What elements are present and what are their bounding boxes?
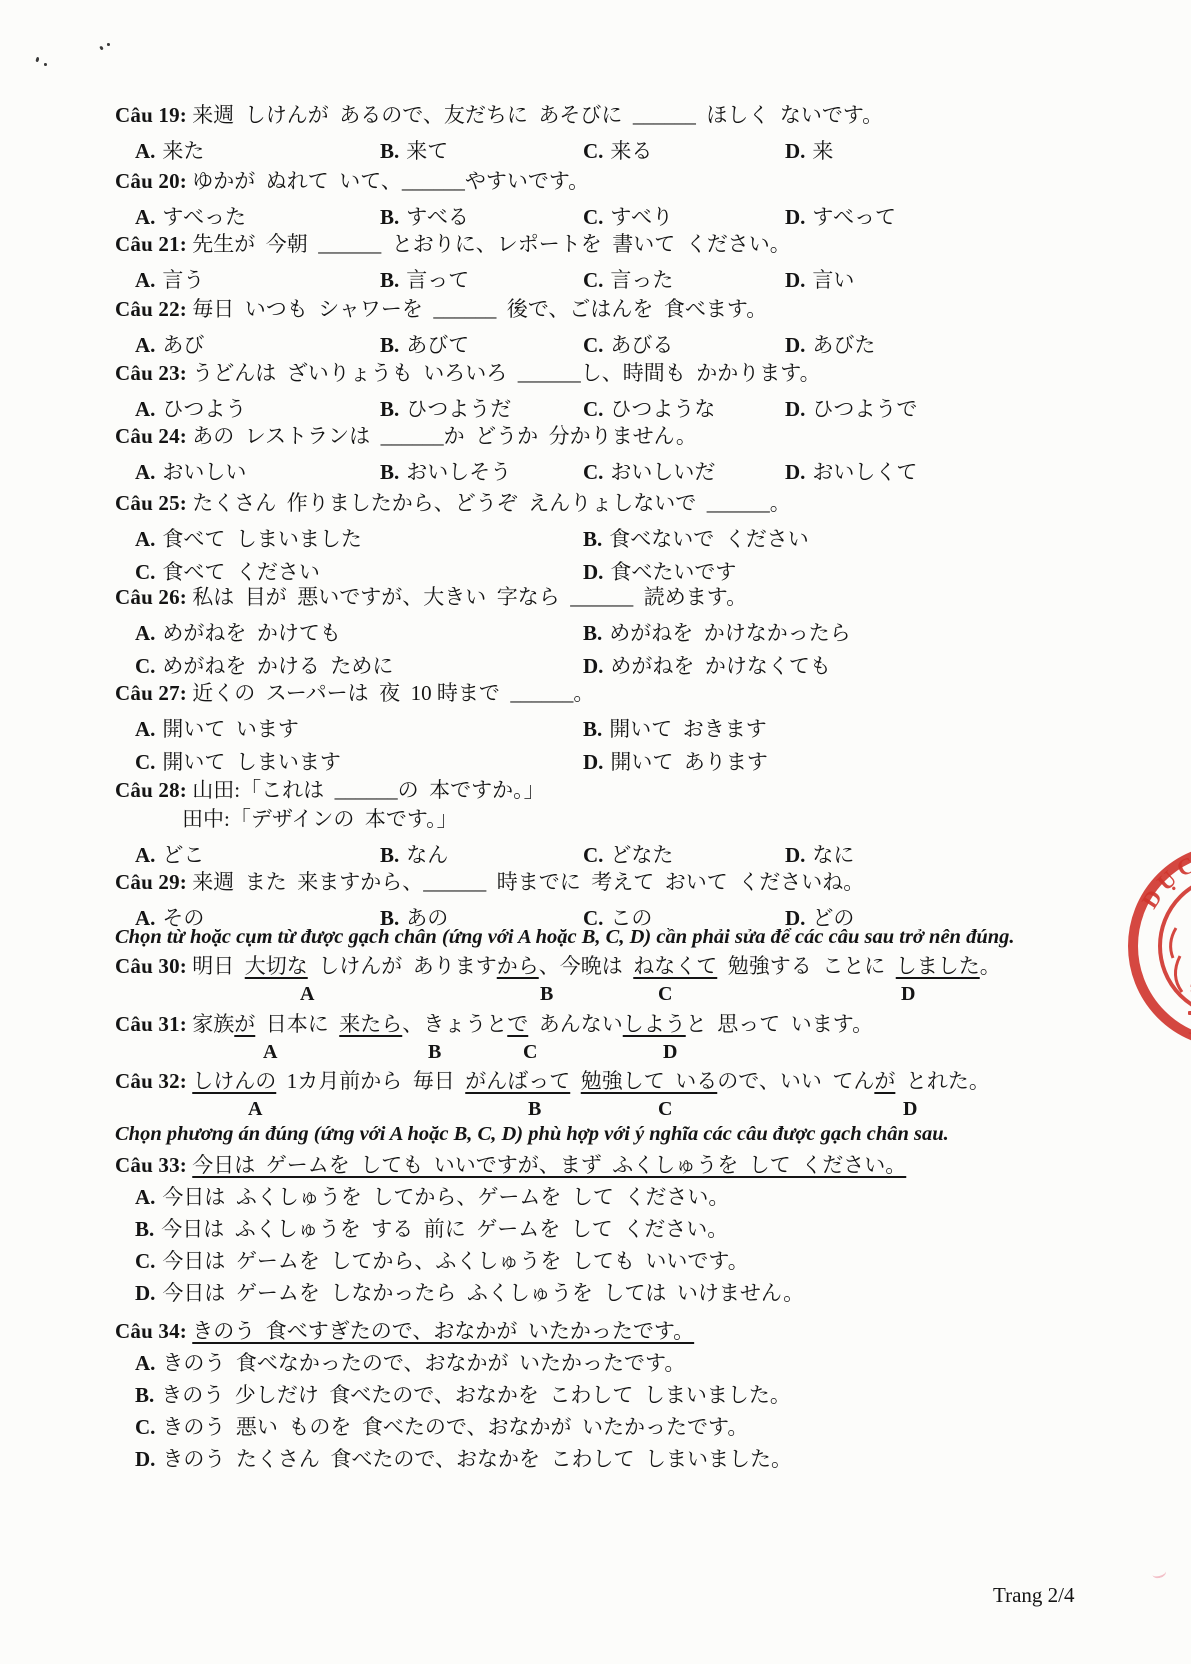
option-d: D.なに	[785, 839, 854, 869]
option-key: D.	[785, 397, 805, 421]
letter-b: B	[528, 1098, 541, 1121]
options-row: A.どこ B.なん C.どなた D.なに	[115, 834, 1115, 867]
option-text: すべり	[610, 205, 673, 229]
option-text: 食べないで ください	[609, 527, 809, 551]
option-a: A.来た	[135, 135, 204, 165]
question-number: Câu 27:	[115, 681, 187, 705]
question-stem: Câu 26: 私は 目が 悪いですが、大きい 字なら ______ 読めます。	[115, 582, 1115, 612]
option-text: きのう 少しだけ 食べたので、おなかを こわして しまいました。	[161, 1383, 791, 1407]
options-row: A.食べて しまいました B.食べないで ください	[115, 518, 1115, 551]
option-b: B.今日は ふくしゅうを する 前に ゲームを して ください。	[115, 1213, 1115, 1245]
option-key: A.	[135, 333, 155, 357]
letter-d: D	[903, 1098, 917, 1121]
option-c: C.ひつような	[583, 393, 715, 423]
option-text: なに	[812, 843, 854, 867]
option-c: C.開いて しまいます	[135, 746, 341, 776]
question-30: Câu 30: 明日 大切な しけんが ありますから、今晩は ねなくて 勉強する…	[115, 952, 1115, 1008]
option-text: あびた	[812, 333, 875, 357]
question-stem: Câu 30: 明日 大切な しけんが ありますから、今晩は ねなくて 勉強する…	[115, 952, 1115, 981]
question-32: Câu 32: しけんの 1カ月前から 毎日 がんばって 勉強して いるので、い…	[115, 1067, 1115, 1123]
option-key: D.	[785, 460, 805, 484]
option-text: 開いて あります	[610, 750, 768, 774]
stem-text: ゆかが ぬれて いて、______やすいです。	[187, 169, 589, 193]
option-key: D.	[785, 139, 805, 163]
option-b: B.来て	[380, 135, 448, 165]
option-key: D.	[135, 1281, 155, 1305]
question-stem: Câu 21: 先生が 今朝 ______ とおりに、レポートを 書いて くださ…	[115, 229, 1115, 259]
letter-a: A	[263, 1041, 277, 1064]
question-number: Câu 30:	[115, 954, 187, 978]
option-key: B.	[380, 397, 399, 421]
option-b: B.あびて	[380, 329, 469, 359]
option-a: A.今日は ふくしゅうを してから、ゲームを して ください。	[115, 1181, 1115, 1213]
option-key: B.	[583, 621, 602, 645]
option-text: 今日は ゲームを しなかったら ふくしゅうを しては いけません。	[162, 1281, 804, 1305]
option-key: B.	[135, 1383, 154, 1407]
option-d: D.今日は ゲームを しなかったら ふくしゅうを しては いけません。	[115, 1277, 1115, 1309]
option-text: きのう 悪い ものを 食べたので、おなかが いたかったです。	[162, 1415, 748, 1439]
question-25: Câu 25: たくさん 作りましたから、どうぞ えんりょしないで ______…	[115, 488, 1115, 584]
option-key: B.	[380, 268, 399, 292]
option-text: ひつような	[610, 397, 715, 421]
option-text: おいしくて	[812, 460, 917, 484]
option-key: C.	[135, 560, 155, 584]
page-footer: Trang 2/4	[993, 1583, 1075, 1608]
option-key: B.	[380, 843, 399, 867]
options-row: A.すべった B.すべる C.すべり D.すべって	[115, 196, 1115, 229]
question-stem: Câu 25: たくさん 作りましたから、どうぞ えんりょしないで ______…	[115, 488, 1115, 518]
option-a: A.言う	[135, 264, 204, 294]
option-key: B.	[380, 139, 399, 163]
stem-text: しけんの 1カ月前から 毎日 がんばって 勉強して いるので、いい てんが とれ…	[187, 1069, 990, 1093]
question-21: Câu 21: 先生が 今朝 ______ とおりに、レポートを 書いて くださ…	[115, 229, 1115, 292]
stem-text: 来週 しけんが あるので、友だちに あそびに ______ ほしく ないです。	[187, 103, 883, 127]
scan-artifact	[1151, 1566, 1167, 1579]
option-key: B.	[583, 717, 602, 741]
option-key: C.	[135, 1415, 155, 1439]
option-key: A.	[135, 139, 155, 163]
option-text: あびる	[610, 333, 673, 357]
option-text: なん	[406, 843, 448, 867]
instruction-choose-meaning: Chọn phương án đúng (ứng với A hoặc B, C…	[115, 1121, 1115, 1147]
official-stamp: DỤC	[1080, 836, 1191, 1066]
option-c: C.めがねを かける ために	[135, 650, 393, 680]
letter-c: C	[658, 1098, 672, 1121]
question-number: Câu 26:	[115, 585, 187, 609]
stem-text: たくさん 作りましたから、どうぞ えんりょしないで ______。	[187, 491, 791, 515]
option-key: A.	[135, 268, 155, 292]
question-34: Câu 34: きのう 食べすぎたので、おなかが いたかったです。 A.きのう …	[115, 1316, 1115, 1475]
option-a: A.ひつよう	[135, 393, 246, 423]
letter-a: A	[248, 1098, 262, 1121]
option-text: ひつよう	[162, 397, 246, 421]
stem-text: うどんは ざいりょうも いろいろ ______し、時間も かかります。	[187, 361, 821, 385]
option-a: A.どこ	[135, 839, 204, 869]
question-number: Câu 31:	[115, 1012, 187, 1036]
options-row: A.おいしい B.おいしそう C.おいしいだ D.おいしくて	[115, 451, 1115, 484]
option-b: B.なん	[380, 839, 448, 869]
question-stem: Câu 23: うどんは ざいりょうも いろいろ ______し、時間も かかり…	[115, 358, 1115, 388]
option-text: めがねを かけても	[162, 621, 341, 645]
question-20: Câu 20: ゆかが ぬれて いて、______やすいです。 A.すべった B…	[115, 166, 1115, 229]
stem-text: 家族が 日本に 来たら、きょうとで あんないしようと 思って います。	[187, 1012, 873, 1036]
option-key: A.	[135, 621, 155, 645]
option-text: あびて	[406, 333, 469, 357]
option-key: C.	[583, 139, 603, 163]
option-key: D.	[785, 843, 805, 867]
question-stem: Câu 29: 来週 また 来ますから、______ 時までに 考えて おいて …	[115, 867, 1115, 897]
option-text: あび	[162, 333, 204, 357]
question-stem: Câu 34: きのう 食べすぎたので、おなかが いたかったです。	[115, 1316, 1115, 1347]
options-row: A.来た B.来て C.来る D.来	[115, 130, 1115, 163]
option-key: B.	[380, 460, 399, 484]
option-text: 言って	[406, 268, 469, 292]
option-text: きのう 食べなかったので、おなかが いたかったです。	[162, 1351, 685, 1375]
option-text: 開いて しまいます	[162, 750, 341, 774]
letter-d: D	[901, 983, 915, 1006]
option-b: B.めがねを かけなかったら	[583, 617, 851, 647]
option-text: おいしい	[162, 460, 246, 484]
option-key: B.	[380, 333, 399, 357]
stamp-arc-text: DỤC	[1137, 850, 1191, 913]
option-d: D.きのう たくさん 食べたので、おなかを こわして しまいました。	[115, 1443, 1115, 1475]
option-c: C.おいしいだ	[583, 456, 715, 486]
option-text: 開いて います	[162, 717, 299, 741]
option-key: A.	[135, 205, 155, 229]
option-d: D.開いて あります	[583, 746, 768, 776]
option-text: 食べて ください	[162, 560, 320, 584]
option-key: A.	[135, 843, 155, 867]
option-key: A.	[135, 1185, 155, 1209]
option-d: D.言い	[785, 264, 854, 294]
question-stem: Câu 27: 近くの スーパーは 夜 10 時まで ______。	[115, 678, 1115, 708]
option-b: B.おいしそう	[380, 456, 511, 486]
option-text: 来	[812, 139, 833, 163]
ink-speck	[99, 46, 103, 51]
question-stem: Câu 20: ゆかが ぬれて いて、______やすいです。	[115, 166, 1115, 196]
options-row: A.ひつよう B.ひつようだ C.ひつような D.ひつようで	[115, 388, 1115, 421]
letter-c: C	[658, 983, 672, 1006]
option-text: すべる	[406, 205, 469, 229]
option-a: A.おいしい	[135, 456, 246, 486]
option-text: 食べたいです	[610, 560, 736, 584]
stem-text: 山田:「これは ______の 本ですか。」	[187, 778, 545, 802]
option-text: ひつようだ	[406, 397, 511, 421]
question-stem: Câu 24: あの レストランは ______か どうか 分かりません。	[115, 421, 1115, 451]
option-text: 来た	[162, 139, 204, 163]
question-number: Câu 20:	[115, 169, 187, 193]
option-key: D.	[135, 1447, 155, 1471]
option-text: どこ	[162, 843, 204, 867]
option-key: C.	[583, 843, 603, 867]
question-number: Câu 33:	[115, 1153, 187, 1177]
option-key: A.	[135, 527, 155, 551]
option-c: C.どなた	[583, 839, 673, 869]
option-key: D.	[583, 750, 603, 774]
option-a: A.開いて います	[135, 713, 299, 743]
option-key: C.	[583, 205, 603, 229]
letter-d: D	[663, 1041, 677, 1064]
question-23: Câu 23: うどんは ざいりょうも いろいろ ______し、時間も かかり…	[115, 358, 1115, 421]
option-key: D.	[785, 268, 805, 292]
question-stem: Câu 28: 山田:「これは ______の 本ですか。」	[115, 776, 1115, 805]
question-33: Câu 33: 今日は ゲームを しても いいですが、まず ふくしゅうを して …	[115, 1150, 1115, 1309]
question-24: Câu 24: あの レストランは ______か どうか 分かりません。 A.…	[115, 421, 1115, 484]
question-number: Câu 25:	[115, 491, 187, 515]
option-b: B.きのう 少しだけ 食べたので、おなかを こわして しまいました。	[115, 1379, 1115, 1411]
ink-speck	[44, 63, 47, 66]
option-key: B.	[583, 527, 602, 551]
option-text: ひつようで	[812, 397, 917, 421]
stem-text: 田中:「デザインの 本です。」	[182, 807, 458, 831]
option-c: C.来る	[583, 135, 652, 165]
option-text: 今日は ふくしゅうを する 前に ゲームを して ください。	[161, 1217, 728, 1241]
stem-text: 明日 大切な しけんが ありますから、今晩は ねなくて 勉強する ことに しまし…	[187, 954, 1001, 978]
option-key: C.	[583, 333, 603, 357]
question-stem: Câu 32: しけんの 1カ月前から 毎日 がんばって 勉強して いるので、い…	[115, 1067, 1115, 1096]
question-26: Câu 26: 私は 目が 悪いですが、大きい 字なら ______ 読めます。…	[115, 582, 1115, 678]
option-text: おいしいだ	[610, 460, 715, 484]
instruction-fix-underlined: Chọn từ hoặc cụm từ được gạch chân (ứng …	[115, 924, 1115, 950]
question-number: Câu 24:	[115, 424, 187, 448]
stem-text: 今日は ゲームを しても いいですが、まず ふくしゅうを して ください。	[187, 1153, 906, 1177]
option-key: D.	[785, 333, 805, 357]
question-number: Câu 22:	[115, 297, 187, 321]
question-number: Câu 28:	[115, 778, 187, 802]
option-key: D.	[583, 654, 603, 678]
options-row: A.めがねを かけても B.めがねを かけなかったら	[115, 612, 1115, 645]
option-key: A.	[135, 1351, 155, 1375]
question-stem: Câu 33: 今日は ゲームを しても いいですが、まず ふくしゅうを して …	[115, 1150, 1115, 1181]
option-key: C.	[135, 1249, 155, 1273]
option-c: C.きのう 悪い ものを 食べたので、おなかが いたかったです。	[115, 1411, 1115, 1443]
question-number: Câu 34:	[115, 1319, 187, 1343]
exam-page: Câu 19: 来週 しけんが あるので、友だちに あそびに ______ ほし…	[0, 0, 1191, 1664]
option-a: A.めがねを かけても	[135, 617, 341, 647]
option-text: 来る	[610, 139, 652, 163]
option-d: D.ひつようで	[785, 393, 917, 423]
option-text: めがねを かけなくても	[610, 654, 831, 678]
stem-text: 近くの スーパーは 夜 10 時まで ______。	[187, 681, 594, 705]
option-d: D.めがねを かけなくても	[583, 650, 831, 680]
option-text: めがねを かける ために	[162, 654, 393, 678]
option-key: C.	[583, 460, 603, 484]
option-key: A.	[135, 460, 155, 484]
option-text: すべって	[812, 205, 896, 229]
option-b: B.食べないで ください	[583, 523, 809, 553]
question-19: Câu 19: 来週 しけんが あるので、友だちに あそびに ______ ほし…	[115, 100, 1115, 163]
question-22: Câu 22: 毎日 いつも シャワーを ______ 後で、ごはんを 食べます…	[115, 294, 1115, 357]
letter-a: A	[300, 983, 314, 1006]
options-row: C.めがねを かける ために D.めがねを かけなくても	[115, 645, 1115, 678]
options-row: C.食べて ください D.食べたいです	[115, 551, 1115, 584]
option-key: C.	[135, 750, 155, 774]
question-stem-line2: 田中:「デザインの 本です。」	[115, 805, 1115, 834]
option-key: C.	[583, 268, 603, 292]
underline-letter-row: A B C D	[115, 981, 1115, 1008]
options-row: A.言う B.言って C.言った D.言い	[115, 259, 1115, 292]
option-d: D.あびた	[785, 329, 875, 359]
option-d: D.来	[785, 135, 833, 165]
letter-c: C	[523, 1041, 537, 1064]
option-text: どなた	[610, 843, 673, 867]
option-a: A.食べて しまいました	[135, 523, 362, 553]
option-c: C.あびる	[583, 329, 673, 359]
options-row: A.あび B.あびて C.あびる D.あびた	[115, 324, 1115, 357]
options-row: A.開いて います B.開いて おきます	[115, 708, 1115, 741]
option-text: 言い	[812, 268, 854, 292]
stem-text: 来週 また 来ますから、______ 時までに 考えて おいて くださいね。	[187, 870, 864, 894]
option-text: 今日は ふくしゅうを してから、ゲームを して ください。	[162, 1185, 729, 1209]
option-text: 来て	[406, 139, 448, 163]
option-b: B.すべる	[380, 201, 469, 231]
ink-speck	[35, 57, 39, 63]
option-b: B.言って	[380, 264, 469, 294]
question-number: Câu 21:	[115, 232, 187, 256]
option-a: A.あび	[135, 329, 204, 359]
stem-text: 私は 目が 悪いですが、大きい 字なら ______ 読めます。	[187, 585, 747, 609]
option-key: A.	[135, 397, 155, 421]
question-number: Câu 32:	[115, 1069, 187, 1093]
question-stem: Câu 22: 毎日 いつも シャワーを ______ 後で、ごはんを 食べます…	[115, 294, 1115, 324]
question-31: Câu 31: 家族が 日本に 来たら、きょうとで あんないしようと 思って い…	[115, 1010, 1115, 1066]
option-text: 言った	[610, 268, 673, 292]
letter-b: B	[428, 1041, 441, 1064]
option-key: D.	[785, 205, 805, 229]
stem-text: きのう 食べすぎたので、おなかが いたかったです。	[187, 1319, 694, 1343]
question-number: Câu 19:	[115, 103, 187, 127]
question-stem: Câu 19: 来週 しけんが あるので、友だちに あそびに ______ ほし…	[115, 100, 1115, 130]
stem-text: 先生が 今朝 ______ とおりに、レポートを 書いて ください。	[187, 232, 791, 256]
option-key: D.	[583, 560, 603, 584]
stem-text: あの レストランは ______か どうか 分かりません。	[187, 424, 697, 448]
ink-speck	[107, 43, 110, 46]
option-text: めがねを かけなかったら	[609, 621, 851, 645]
option-key: B.	[135, 1217, 154, 1241]
question-29: Câu 29: 来週 また 来ますから、______ 時までに 考えて おいて …	[115, 867, 1115, 930]
option-c: C.今日は ゲームを してから、ふくしゅうを しても いいです。	[115, 1245, 1115, 1277]
option-text: 今日は ゲームを してから、ふくしゅうを しても いいです。	[162, 1249, 748, 1273]
option-key: C.	[135, 654, 155, 678]
underline-letter-row: A B C D	[115, 1096, 1115, 1123]
stem-text: 毎日 いつも シャワーを ______ 後で、ごはんを 食べます。	[187, 297, 767, 321]
option-d: D.おいしくて	[785, 456, 917, 486]
options-row: C.開いて しまいます D.開いて あります	[115, 741, 1115, 774]
option-b: B.開いて おきます	[583, 713, 767, 743]
question-27: Câu 27: 近くの スーパーは 夜 10 時まで ______。 A.開いて…	[115, 678, 1115, 774]
option-text: すべった	[162, 205, 246, 229]
option-b: B.ひつようだ	[380, 393, 511, 423]
option-key: B.	[380, 205, 399, 229]
question-28: Câu 28: 山田:「これは ______の 本ですか。」 田中:「デザインの…	[115, 776, 1115, 867]
question-number: Câu 23:	[115, 361, 187, 385]
option-text: きのう たくさん 食べたので、おなかを こわして しまいました。	[162, 1447, 792, 1471]
option-key: C.	[583, 397, 603, 421]
letter-b: B	[540, 983, 553, 1006]
question-stem: Câu 31: 家族が 日本に 来たら、きょうとで あんないしようと 思って い…	[115, 1010, 1115, 1039]
option-d: D.すべって	[785, 201, 896, 231]
option-a: A.きのう 食べなかったので、おなかが いたかったです。	[115, 1347, 1115, 1379]
option-text: 食べて しまいました	[162, 527, 362, 551]
option-a: A.すべった	[135, 201, 246, 231]
option-text: おいしそう	[406, 460, 511, 484]
option-text: 言う	[162, 268, 204, 292]
underline-letter-row: A B C D	[115, 1039, 1115, 1066]
question-number: Câu 29:	[115, 870, 187, 894]
option-c: C.言った	[583, 264, 673, 294]
option-key: A.	[135, 717, 155, 741]
option-text: 開いて おきます	[609, 717, 767, 741]
option-c: C.すべり	[583, 201, 673, 231]
